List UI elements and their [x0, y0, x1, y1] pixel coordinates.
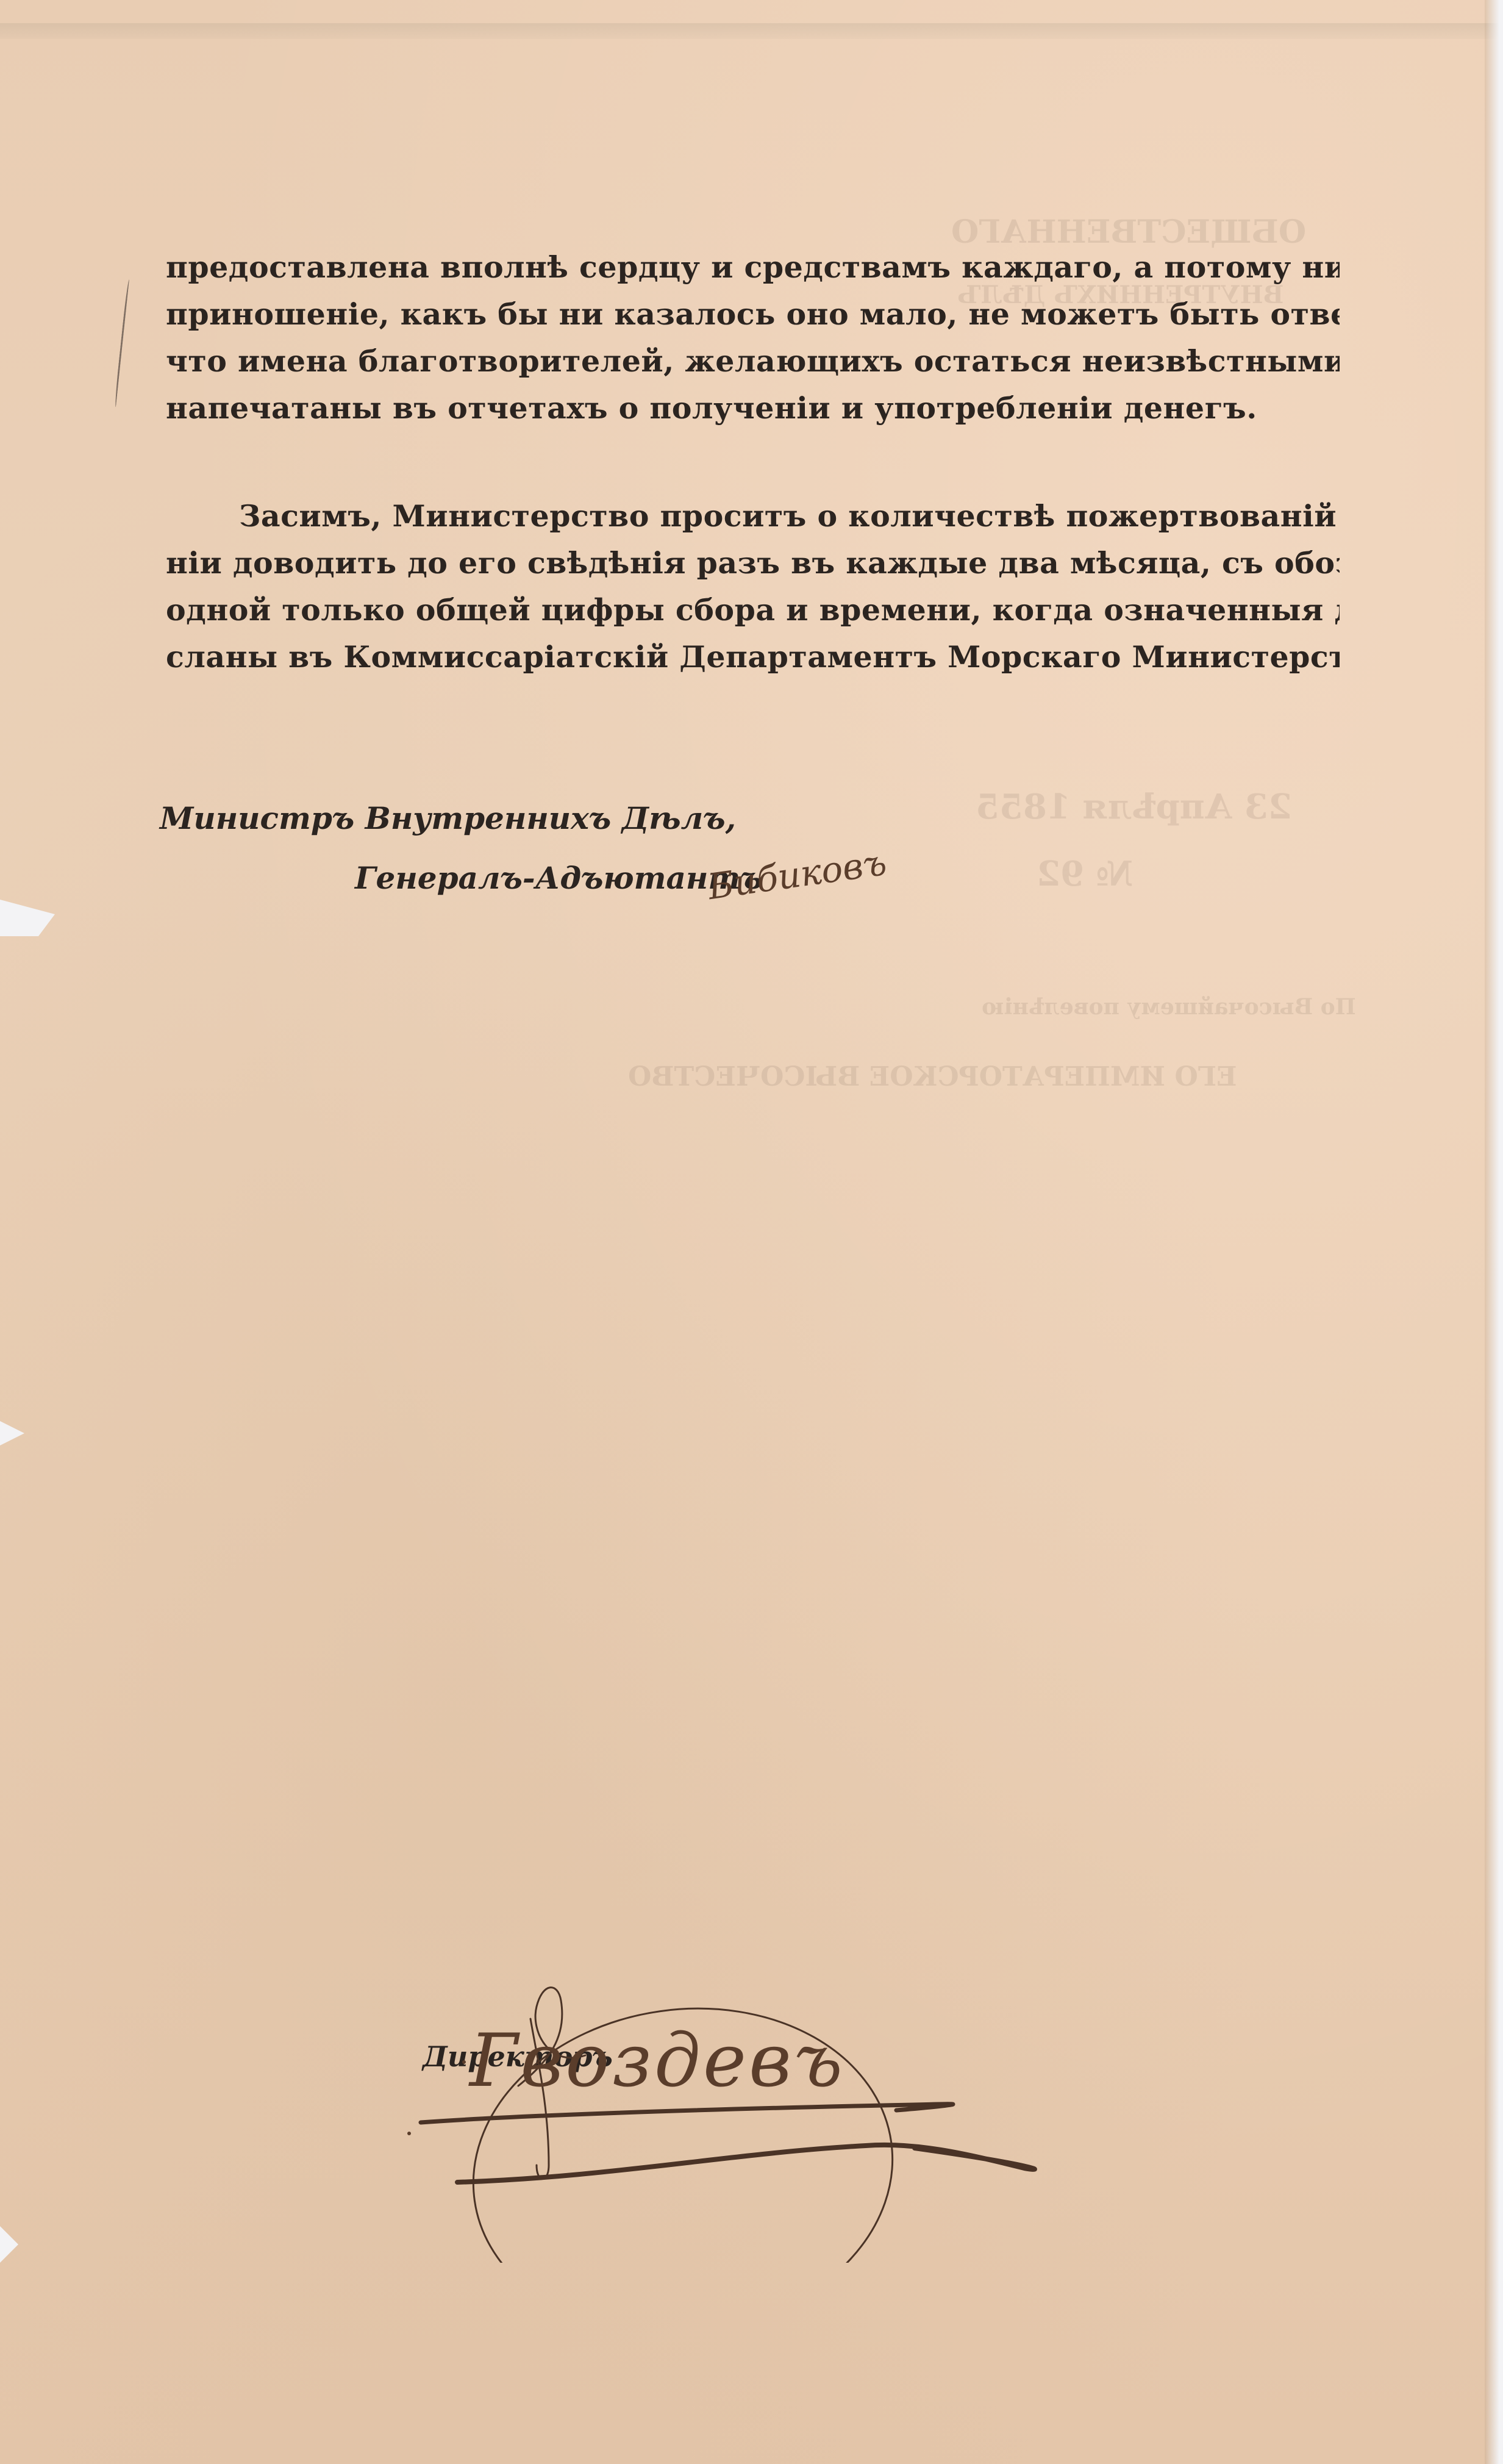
- text-line: предоставлена вполнѣ сердцу и средствамъ…: [166, 244, 1340, 291]
- document-body: предоставлена вполнѣ сердцу и средствамъ…: [166, 244, 1340, 681]
- text-line: что имена благотворителей, желающихъ ост…: [166, 338, 1340, 385]
- director-signature: Гвоздевъ: [469, 2019, 845, 2104]
- margin-pencil-mark: [114, 279, 132, 407]
- paragraph: предоставлена вполнѣ сердцу и средствамъ…: [166, 244, 1340, 432]
- bleed-through-text: ЕГО ИМПЕРАТОРСКОЕ ВЫСОЧЕСТВО: [628, 1061, 1237, 1092]
- ink-dot: [407, 2132, 411, 2135]
- text-line: Засимъ, Министерство проситъ о количеств…: [166, 493, 1340, 540]
- minister-title: Министръ Внутреннихъ Дѣлъ,: [160, 800, 736, 836]
- text-line: напечатаны въ отчетахъ о полученiи и упо…: [166, 385, 1340, 432]
- paper-fold: [0, 23, 1503, 39]
- paragraph: Засимъ, Министерство проситъ о количеств…: [166, 493, 1340, 681]
- minister-signature: Бибиковъ: [705, 842, 889, 908]
- paper-tear: [0, 1421, 24, 1445]
- text-line: нiи доводить до его свѣдѣнiя разъ въ каж…: [166, 540, 1340, 587]
- text-line: приношенiе, какъ бы ни казалось оно мало…: [166, 291, 1340, 338]
- adjutant-title: Генералъ-Адъютантъ: [355, 860, 763, 896]
- bleed-through-text: № 92: [1037, 854, 1133, 894]
- paper-tear: [0, 2226, 18, 2263]
- bleed-through-text: 23 Апрѣля 1855: [976, 787, 1292, 827]
- text-line: одной только общей цифры сбора и времени…: [166, 587, 1340, 634]
- ink-dot: [462, 2060, 466, 2064]
- paper-tear: [0, 900, 55, 936]
- paper-edge: [1485, 0, 1503, 2464]
- bleed-through-text: По Высочайшему повелѣнiю: [982, 994, 1356, 1020]
- document-page: ОБЩЕСТВЕННАГО ВНУТРЕННИХЪ ДѢЛЪ 23 Апрѣля…: [0, 0, 1503, 2464]
- text-line: сланы въ Коммиссарiатскiй Департаментъ М…: [166, 634, 1340, 681]
